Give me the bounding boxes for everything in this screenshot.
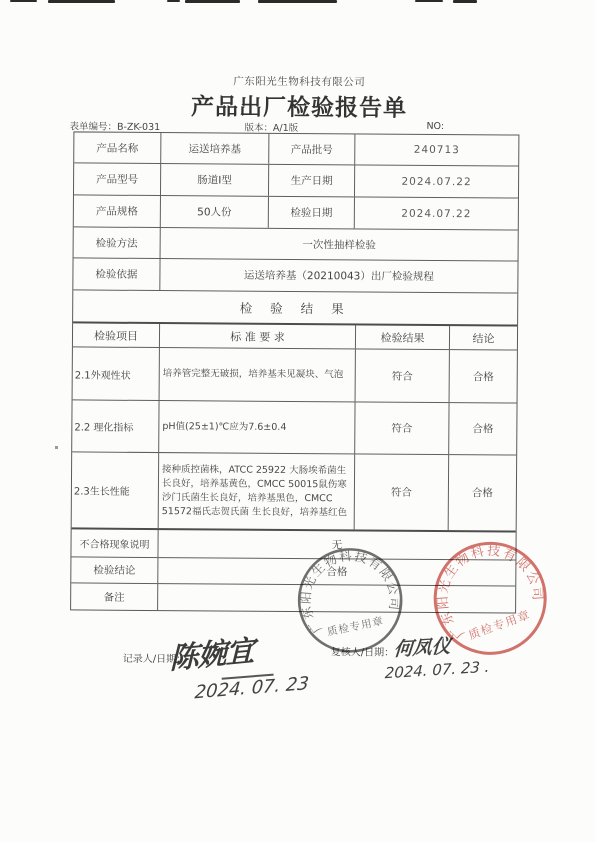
item-2-1-standard: 培养管完整无破损，培养基未见凝块、气泡 [159,348,355,401]
item-2-2-conclusion: 合格 [448,403,516,454]
table-row: 产品名称 运送培养基 产品批号 240713 [74,132,518,165]
spec-label: 产品规格 [74,195,160,227]
method-label: 检验方法 [74,227,160,258]
model-value: 肠道I型 [160,164,268,196]
results-section-title: 检 验 结 果 [73,290,517,324]
table-row: 检验方法 一次性抽样检验 [74,226,518,260]
col-result: 检验结果 [355,325,449,349]
result-row-ph: 2.2 理化指标 pH值(25±1)℃应为7.6±0.4 符合 合格 [72,399,516,454]
defect-row: 不合格现象说明 无 [71,527,515,559]
table-row: 产品型号 肠道I型 生产日期 2024.07.22 [74,162,518,197]
item-2-3-standard: 接种质控菌株，ATCC 25922 大肠埃希菌生长良好，培养基黄色，CMCC 5… [158,453,355,529]
production-date-label: 生产日期 [268,165,354,197]
product-name-value: 运送培养基 [160,133,268,164]
results-header-row: 检验项目 标 准 要 求 检验结果 结论 [73,321,517,349]
batch-no-value: 240713 [354,134,518,165]
col-item: 检验项目 [73,323,159,347]
inspection-date-label: 检验日期 [268,197,354,229]
scanned-report-page: 广东阳光生物科技有限公司 产品出厂检验报告单 表单编号：B-ZK-031 版本：… [0,0,595,842]
col-conclusion: 结论 [449,326,517,349]
basis-label: 检验依据 [73,258,159,290]
item-2-1-result: 符合 [355,349,449,402]
item-2-2-standard: pH值(25±1)℃应为7.6±0.4 [158,401,354,453]
defect-label: 不合格现象说明 [71,529,157,557]
conclusion-label: 检验结论 [71,557,157,583]
batch-no-label: 产品批号 [268,134,354,165]
item-2-2-result: 符合 [354,402,448,454]
recorder-date: 2024. 07. 23 [194,673,310,703]
inspection-date-value: 2024.07.22 [354,197,518,229]
table-row: 产品规格 50人份 检验日期 2024.07.22 [74,194,518,229]
reviewer-signature: 何凤仪 [393,631,452,662]
no-label: NO: [426,121,444,132]
remark-value [157,584,515,612]
product-name-label: 产品名称 [74,132,160,163]
defect-value: 无 [157,530,515,559]
conclusion-value: 合格 [157,558,515,585]
stamp-center-text: 质检专用章 [326,614,385,638]
inspection-table: 产品名称 运送培养基 产品批号 240713 产品型号 肠道I型 生产日期 20… [70,131,519,613]
item-2-3-conclusion: 合格 [448,455,517,530]
item-2-3-label: 2.3生长性能 [72,452,159,528]
result-row-appearance: 2.1外观性状 培养管完整无破损，培养基未见凝块、气泡 符合 合格 [73,346,517,402]
spec-value: 50人份 [160,196,268,228]
production-date-value: 2024.07.22 [354,165,518,197]
table-row: 检验依据 运送培养基（20210043）出厂检验规程 [73,257,517,292]
reviewer-date: 2024. 07. 23 . [384,658,490,683]
model-label: 产品型号 [74,163,160,195]
col-standard: 标 准 要 求 [159,324,355,348]
table-row: 检 验 结 果 [73,289,517,324]
item-2-1-label: 2.1外观性状 [73,347,159,400]
item-2-3-result: 符合 [354,454,449,530]
item-2-1-conclusion: 合格 [449,350,517,402]
item-2-2-label: 2.2 理化指标 [72,400,158,452]
conclusion-row: 检验结论 合格 [71,556,515,585]
recorder-signature: 陈婉宜 [170,628,254,677]
reviewer-label: 复核人/日期： [331,643,394,658]
result-row-growth: 2.3生长性能 接种质控菌株，ATCC 25922 大肠埃希菌生长良好，培养基黄… [72,451,517,530]
basis-value: 运送培养基（20210043）出厂检验规程 [159,259,517,292]
remark-row: 备注 [71,582,515,612]
method-value: 一次性抽样检验 [160,228,518,260]
remark-label: 备注 [71,583,157,610]
